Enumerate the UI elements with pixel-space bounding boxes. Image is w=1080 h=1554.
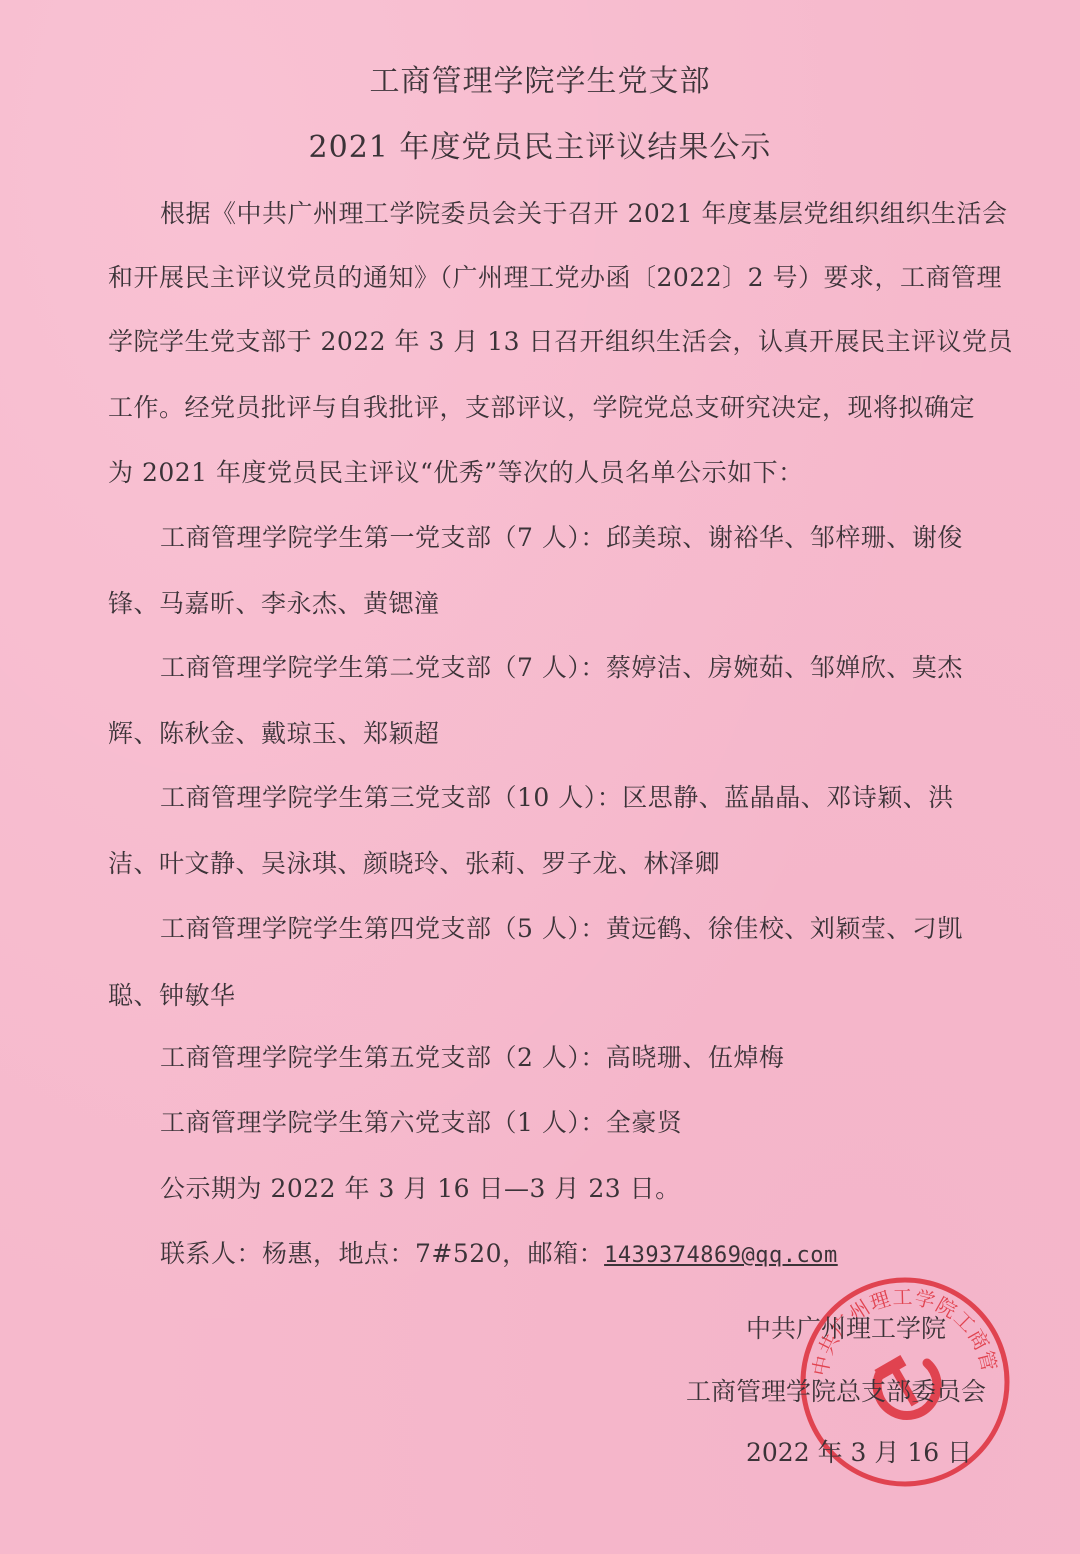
intro-line-1: 根据《中共广州理工学院委员会关于召开 2021 年度基层党组织组织生活会 bbox=[160, 198, 1008, 230]
intro-line-5: 为 2021 年度党员民主评议“优秀”等次的人员名单公示如下： bbox=[108, 457, 804, 489]
signature-org-line-1: 中共广州理工学院 bbox=[746, 1313, 946, 1345]
contact-prefix: 联系人：杨惠，地点：7#520，邮箱： bbox=[160, 1239, 604, 1268]
branch-3-line-1: 工商管理学院学生第三党支部（10 人）：区思静、蓝晶晶、邓诗颖、洪 bbox=[160, 782, 954, 814]
publicity-period: 公示期为 2022 年 3 月 16 日—3 月 23 日。 bbox=[160, 1173, 681, 1205]
branch-5-line: 工商管理学院学生第五党支部（2 人）：高晓珊、伍焯梅 bbox=[160, 1042, 784, 1074]
signature-date: 2022 年 3 月 16 日 bbox=[746, 1437, 972, 1469]
intro-line-2: 和开展民主评议党员的通知》（广州理工党办函〔2022〕2 号）要求，工商管理 bbox=[108, 262, 1002, 294]
contact-line: 联系人：杨惠，地点：7#520，邮箱：1439374869@qq.com bbox=[160, 1238, 838, 1272]
branch-1-line-1: 工商管理学院学生第一党支部（7 人）：邱美琼、谢裕华、邹梓珊、谢俊 bbox=[160, 522, 963, 554]
branch-2-line-1: 工商管理学院学生第二党支部（7 人）：蔡婷洁、房婉茹、邹婵欣、莫杰 bbox=[160, 652, 963, 684]
branch-1-line-2: 锋、马嘉昕、李永杰、黄锶潼 bbox=[108, 588, 440, 620]
branch-4-line-1: 工商管理学院学生第四党支部（5 人）：黄远鹤、徐佳校、刘颖莹、刁凯 bbox=[160, 913, 963, 945]
contact-email-link[interactable]: 1439374869@qq.com bbox=[604, 1243, 838, 1268]
signature-org-line-2: 工商管理学院总支部委员会 bbox=[686, 1376, 986, 1408]
document-subtitle: 2021 年度党员民主评议结果公示 bbox=[0, 128, 1080, 168]
branch-6-line: 工商管理学院学生第六党支部（1 人）：全豪贤 bbox=[160, 1107, 682, 1139]
intro-line-4: 工作。经党员批评与自我批评，支部评议，学院党总支研究决定，现将拟确定 bbox=[108, 392, 975, 424]
document-title: 工商管理学院学生党支部 bbox=[0, 62, 1080, 102]
branch-4-line-2: 聪、钟敏华 bbox=[108, 980, 236, 1012]
branch-2-line-2: 辉、陈秋金、戴琼玉、郑颖超 bbox=[108, 718, 440, 750]
branch-3-line-2: 洁、叶文静、吴泳琪、颜晓玲、张莉、罗子龙、林泽卿 bbox=[108, 848, 720, 880]
intro-line-3: 学院学生党支部于 2022 年 3 月 13 日召开组织生活会，认真开展民主评议… bbox=[108, 326, 1013, 358]
